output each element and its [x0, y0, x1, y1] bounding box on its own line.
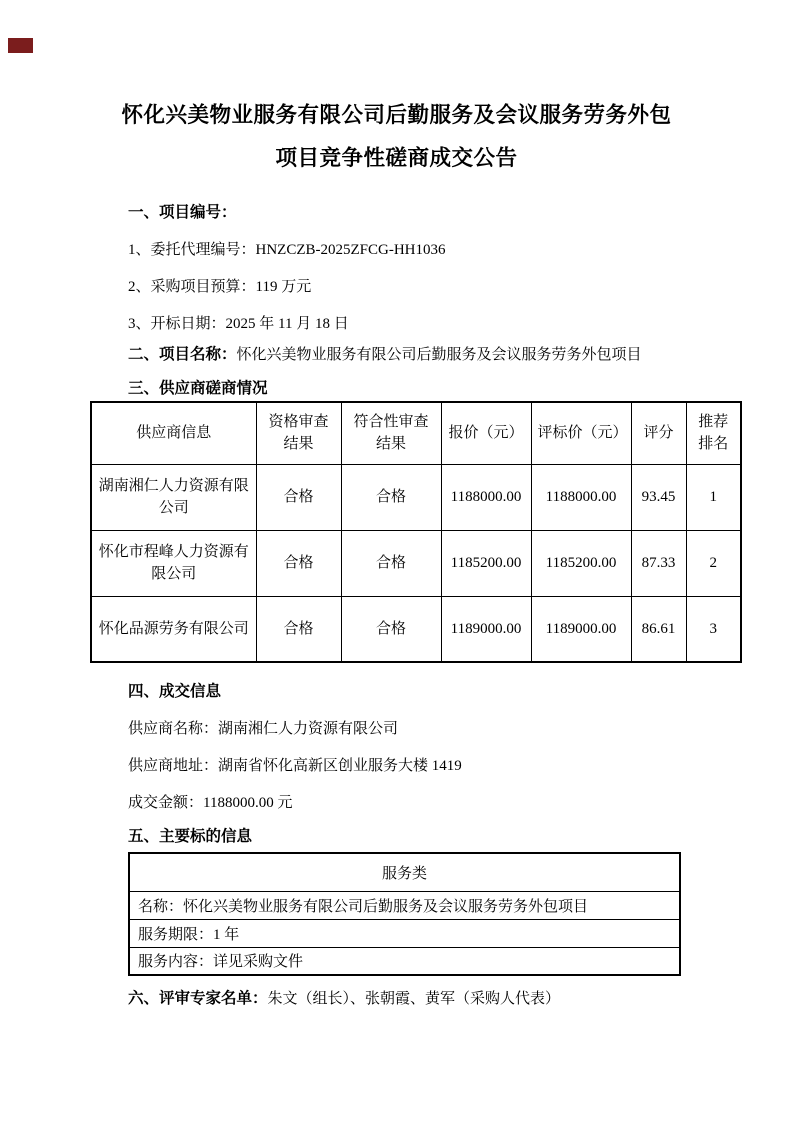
- cell-qualification: 合格: [256, 464, 341, 530]
- cell-score: 87.33: [631, 530, 686, 596]
- negotiation-table-body: 湖南湘仁人力资源有限公司 合格 合格 1188000.00 1188000.00…: [91, 464, 741, 662]
- section1-item-budget: 2、采购项目预算：119 万元: [128, 277, 793, 297]
- subject-service-period: 服务期限：1 年: [129, 919, 680, 947]
- document-title-line2: 项目竞争性磋商成交公告: [0, 143, 793, 173]
- supplier-negotiation-table: 供应商信息 资格审查结果 符合性审查结果 报价（元） 评标价（元） 评分 推荐排…: [90, 401, 742, 663]
- table-header-row: 供应商信息 资格审查结果 符合性审查结果 报价（元） 评标价（元） 评分 推荐排…: [91, 402, 741, 464]
- section6-heading: 六、评审专家名单：: [128, 990, 268, 1007]
- subject-row: 服务内容：详见采购文件: [129, 947, 680, 975]
- cell-score: 93.45: [631, 464, 686, 530]
- subject-row: 服务期限：1 年: [129, 919, 680, 947]
- cell-quote-price: 1188000.00: [441, 464, 531, 530]
- header-supplier-info: 供应商信息: [91, 402, 256, 464]
- section5-heading: 五、主要标的信息: [128, 827, 793, 847]
- subject-service-content: 服务内容：详见采购文件: [129, 947, 680, 975]
- subject-category-header: 服务类: [129, 853, 680, 891]
- header-qualification-result: 资格审查结果: [256, 402, 341, 464]
- cell-rank: 2: [686, 530, 741, 596]
- table-row: 湖南湘仁人力资源有限公司 合格 合格 1188000.00 1188000.00…: [91, 464, 741, 530]
- cell-score: 86.61: [631, 596, 686, 662]
- header-quote-price: 报价（元）: [441, 402, 531, 464]
- section4-item-supplier-address: 供应商地址：湖南省怀化高新区创业服务大楼 1419: [128, 756, 793, 776]
- cell-rank: 3: [686, 596, 741, 662]
- cell-conformity: 合格: [341, 596, 441, 662]
- subject-header-row: 服务类: [129, 853, 680, 891]
- cell-rank: 1: [686, 464, 741, 530]
- subject-table-head: 服务类: [129, 853, 680, 891]
- section4-heading: 四、成交信息: [128, 682, 793, 702]
- section4-item-deal-amount: 成交金额：1188000.00 元: [128, 793, 793, 813]
- section1-item-agency-number: 1、委托代理编号：HNZCZB-2025ZFCG-HH1036: [128, 240, 793, 260]
- page-corner-mark: [8, 38, 33, 53]
- cell-conformity: 合格: [341, 464, 441, 530]
- cell-qualification: 合格: [256, 596, 341, 662]
- main-subject-table: 服务类 名称：怀化兴美物业服务有限公司后勤服务及会议服务劳务外包项目 服务期限：…: [128, 852, 681, 976]
- subject-row: 名称：怀化兴美物业服务有限公司后勤服务及会议服务劳务外包项目: [129, 891, 680, 919]
- section6-text: 朱文（组长）、张朝霞、黄军（采购人代表）: [268, 991, 561, 1007]
- cell-supplier-name: 怀化市程峰人力资源有限公司: [91, 530, 256, 596]
- header-evaluation-price: 评标价（元）: [531, 402, 631, 464]
- table-row: 怀化品源劳务有限公司 合格 合格 1189000.00 1189000.00 8…: [91, 596, 741, 662]
- section6-expert-list: 六、评审专家名单：朱文（组长）、张朝霞、黄军（采购人代表）: [128, 989, 793, 1009]
- cell-supplier-name: 湖南湘仁人力资源有限公司: [91, 464, 256, 530]
- table-row: 怀化市程峰人力资源有限公司 合格 合格 1185200.00 1185200.0…: [91, 530, 741, 596]
- section1-item-bid-date: 3、开标日期：2025 年 11 月 18 日: [128, 314, 793, 334]
- cell-evaluation-price: 1185200.00: [531, 530, 631, 596]
- section2-project-name: 二、项目名称：怀化兴美物业服务有限公司后勤服务及会议服务劳务外包项目: [128, 345, 793, 365]
- cell-quote-price: 1185200.00: [441, 530, 531, 596]
- negotiation-table-head: 供应商信息 资格审查结果 符合性审查结果 报价（元） 评标价（元） 评分 推荐排…: [91, 402, 741, 464]
- cell-supplier-name: 怀化品源劳务有限公司: [91, 596, 256, 662]
- section3-heading: 三、供应商磋商情况: [128, 379, 793, 399]
- cell-evaluation-price: 1188000.00: [531, 464, 631, 530]
- section2-text: 怀化兴美物业服务有限公司后勤服务及会议服务劳务外包项目: [237, 347, 642, 363]
- cell-conformity: 合格: [341, 530, 441, 596]
- document-title-line1: 怀化兴美物业服务有限公司后勤服务及会议服务劳务外包: [0, 0, 793, 130]
- cell-quote-price: 1189000.00: [441, 596, 531, 662]
- cell-evaluation-price: 1189000.00: [531, 596, 631, 662]
- document-page: 怀化兴美物业服务有限公司后勤服务及会议服务劳务外包 项目竞争性磋商成交公告 一、…: [0, 0, 793, 1122]
- section1-heading: 一、项目编号：: [128, 203, 793, 223]
- subject-name: 名称：怀化兴美物业服务有限公司后勤服务及会议服务劳务外包项目: [129, 891, 680, 919]
- header-conformity-result: 符合性审查结果: [341, 402, 441, 464]
- cell-qualification: 合格: [256, 530, 341, 596]
- subject-table-body: 名称：怀化兴美物业服务有限公司后勤服务及会议服务劳务外包项目 服务期限：1 年 …: [129, 891, 680, 975]
- header-score: 评分: [631, 402, 686, 464]
- section4-item-supplier-name: 供应商名称：湖南湘仁人力资源有限公司: [128, 719, 793, 739]
- header-recommended-rank: 推荐排名: [686, 402, 741, 464]
- section2-heading: 二、项目名称：: [128, 346, 237, 363]
